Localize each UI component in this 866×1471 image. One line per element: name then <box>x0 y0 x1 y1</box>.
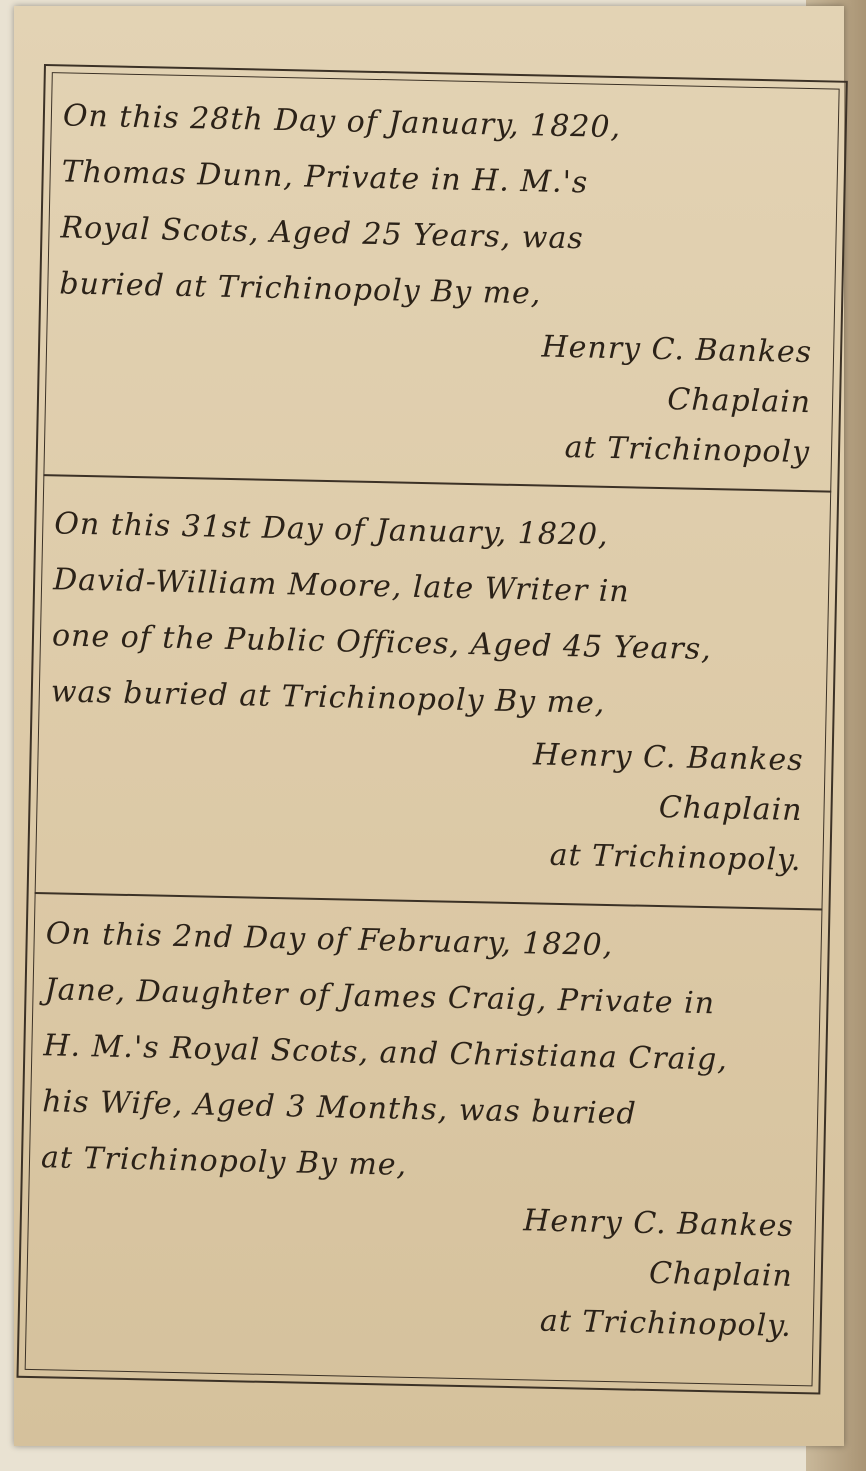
entry-line: was buried at Trichinopoly By me, <box>50 664 815 736</box>
signature-place: at Trichinopoly. <box>37 1286 792 1352</box>
entry-divider <box>35 892 823 911</box>
entry-line: his Wife, Aged 3 Months, was buried <box>42 1074 807 1146</box>
burial-entry-2: On this 31st Day of January, 1820, David… <box>47 496 819 886</box>
signature-name: Henry C. Bankes <box>39 1186 794 1252</box>
signature-block: Henry C. Bankes Chaplain at Trichinopoly… <box>47 720 814 886</box>
entry-line: Thomas Dunn, Private in H. M.'s <box>61 144 826 216</box>
signature-title: Chaplain <box>48 770 803 836</box>
signature-name: Henry C. Bankes <box>49 720 804 786</box>
page-frame: On this 28th Day of January, 1820, Thoma… <box>16 64 847 1395</box>
entry-divider <box>43 474 831 493</box>
entry-line: On this 28th Day of January, 1820, <box>62 88 827 160</box>
burial-entry-3: On this 2nd Day of February, 1820, Jane,… <box>37 906 810 1352</box>
signature-block: Henry C. Bankes Chaplain at Trichinopoly <box>56 312 823 478</box>
entry-line: at Trichinopoly By me, <box>40 1130 805 1202</box>
signature-title: Chaplain <box>57 362 812 428</box>
entry-line: On this 2nd Day of February, 1820, <box>45 906 810 978</box>
entry-line: Royal Scots, Aged 25 Years, was <box>60 200 825 272</box>
signature-place: at Trichinopoly. <box>47 820 802 886</box>
entry-line: On this 31st Day of January, 1820, <box>54 496 819 568</box>
signature-place: at Trichinopoly <box>56 412 811 478</box>
entry-line: H. M.'s Royal Scots, and Christiana Crai… <box>43 1018 808 1090</box>
signature-title: Chaplain <box>38 1236 793 1302</box>
entry-line: Jane, Daughter of James Craig, Private i… <box>44 962 809 1034</box>
entry-line: buried at Trichinopoly By me, <box>59 256 824 328</box>
signature-block: Henry C. Bankes Chaplain at Trichinopoly… <box>37 1186 804 1352</box>
register-page: On this 28th Day of January, 1820, Thoma… <box>14 6 844 1446</box>
entry-line: David-William Moore, late Writer in <box>53 552 818 624</box>
signature-name: Henry C. Bankes <box>58 312 813 378</box>
burial-entry-1: On this 28th Day of January, 1820, Thoma… <box>56 88 828 478</box>
entry-line: one of the Public Offices, Aged 45 Years… <box>51 608 816 680</box>
